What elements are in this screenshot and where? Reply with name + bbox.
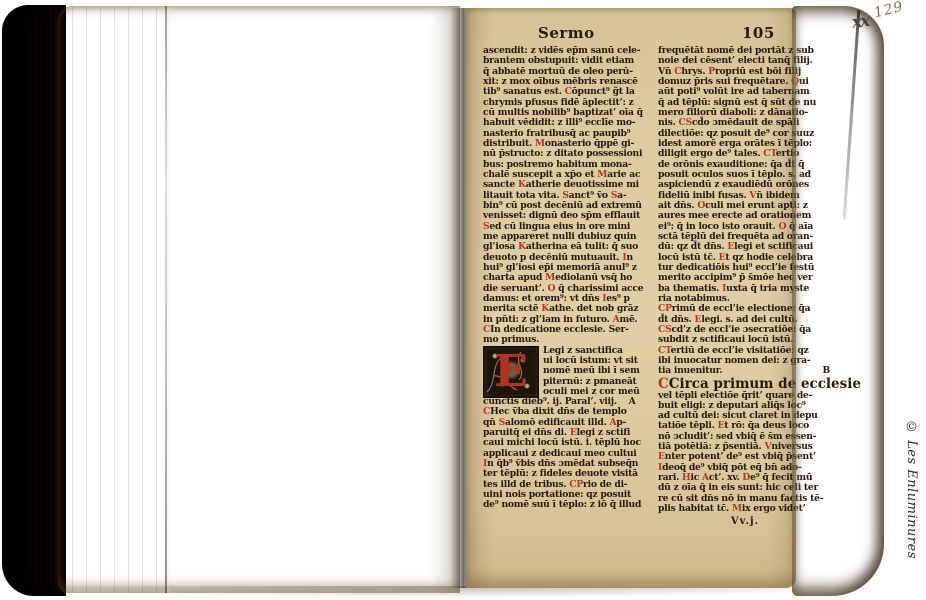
open-book: Sermo 105 E ascendit: z vidēs ep̄m sanū … [0, 0, 926, 600]
red-ink: P [708, 66, 715, 77]
text-line: charta apud Mediolanū vsq̄ ho [483, 273, 655, 283]
red-ink: E [718, 420, 725, 431]
text-line: de⁹ nomē suū ī tēplo: z iō q̄ illud [483, 500, 655, 510]
red-ink: C [674, 66, 681, 77]
red-ink: O [547, 283, 555, 294]
red-ink: T [665, 345, 671, 356]
text-line: nomē meū ibi ī sem [543, 366, 655, 376]
page-underlayers [58, 6, 164, 593]
red-ink: S [483, 221, 489, 232]
red-ink: C [565, 86, 572, 97]
text-line: mo primus. [483, 335, 655, 345]
handwritten-shelfmark: xx 129 [846, 2, 916, 36]
page-crease-line [165, 6, 167, 593]
woodcut-initial: E [483, 346, 539, 398]
copyright-credit: © Les Enluminures [897, 420, 919, 598]
red-ink: C [658, 303, 665, 314]
red-ink: I [722, 283, 726, 294]
fore-edge-crease [843, 10, 861, 220]
drop-cap-letter: E [494, 350, 528, 394]
left-page-edge-stack [2, 5, 66, 596]
photograph-of-open-incunabulum: Sermo 105 E ascendit: z vidēs ep̄m sanū … [0, 0, 926, 600]
handwritten-number: 129 [873, 0, 906, 21]
red-ink: O [778, 221, 786, 232]
page-number: 105 [742, 24, 775, 42]
running-title: Sermo [538, 24, 595, 42]
red-ink: S [562, 190, 568, 201]
text-column-left: E ascendit: z vidēs ep̄m sanū cele-brant… [483, 46, 655, 511]
text-line: gl’iosa Katherina eā tulit: q̄ suo [483, 242, 655, 252]
red-ink: E [695, 314, 702, 325]
red-ink: C [679, 117, 686, 128]
blank-verso-page [58, 6, 460, 593]
printed-recto-page: Sermo 105 E ascendit: z vidēs ep̄m sanū … [466, 8, 796, 588]
red-ink: C [483, 406, 490, 417]
handwritten-xx: xx [851, 11, 870, 33]
red-ink: P [665, 303, 672, 314]
red-ink: E [719, 252, 726, 263]
red-ink: T [770, 148, 776, 159]
red-ink: K [518, 241, 526, 252]
red-ink: S [611, 190, 617, 201]
red-ink: M [732, 503, 742, 514]
red-ink: I [622, 252, 626, 263]
red-ink: V [749, 190, 756, 201]
red-ink: E [727, 241, 734, 252]
red-ink: K [518, 179, 526, 190]
red-ink: K [541, 303, 549, 314]
red-ink: C [658, 345, 665, 356]
red-ink: S [686, 117, 692, 128]
text-line: merita sctē Kathe. det nob grāz [483, 304, 655, 314]
fore-edge-page-stack [792, 6, 884, 596]
red-ink: A [613, 314, 620, 325]
